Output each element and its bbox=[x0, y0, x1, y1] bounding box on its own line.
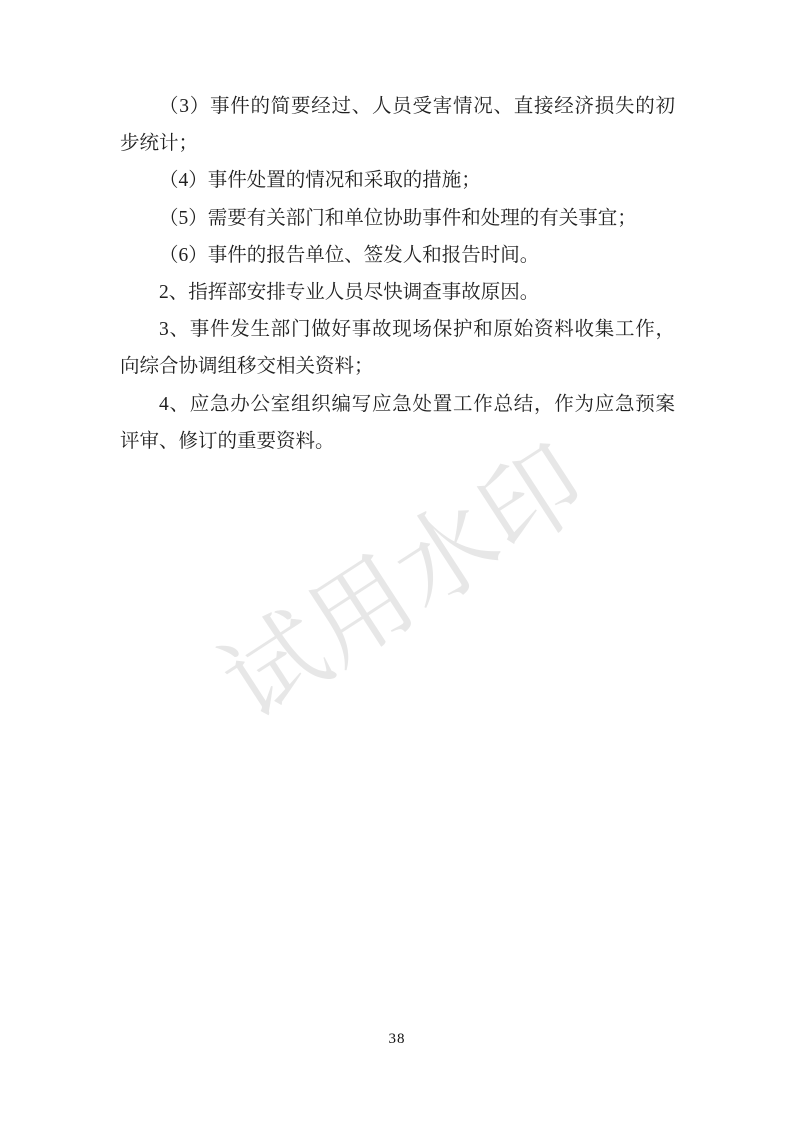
paragraph-step-2: 2、指挥部安排专业人员尽快调查事故原因。 bbox=[120, 274, 675, 311]
page-number: 38 bbox=[389, 1031, 406, 1047]
paragraph-item-5: （5）需要有关部门和单位协助事件和处理的有关事宜； bbox=[120, 200, 675, 237]
document-body: （3）事件的简要经过、人员受害情况、直接经济损失的初步统计； （4）事件处置的情… bbox=[120, 88, 675, 460]
paragraph-item-6: （6）事件的报告单位、签发人和报告时间。 bbox=[120, 237, 675, 274]
paragraph-step-4: 4、应急办公室组织编写应急处置工作总结，作为应急预案评审、修订的重要资料。 bbox=[120, 386, 675, 460]
document-page: 试用水印 （3）事件的简要经过、人员受害情况、直接经济损失的初步统计； （4）事… bbox=[0, 0, 794, 1123]
paragraph-step-3: 3、事件发生部门做好事故现场保护和原始资料收集工作，向综合协调组移交相关资料； bbox=[120, 311, 675, 385]
paragraph-item-3: （3）事件的简要经过、人员受害情况、直接经济损失的初步统计； bbox=[120, 88, 675, 162]
page-footer: 38 bbox=[0, 1030, 794, 1048]
paragraph-item-4: （4）事件处置的情况和采取的措施； bbox=[120, 162, 675, 199]
